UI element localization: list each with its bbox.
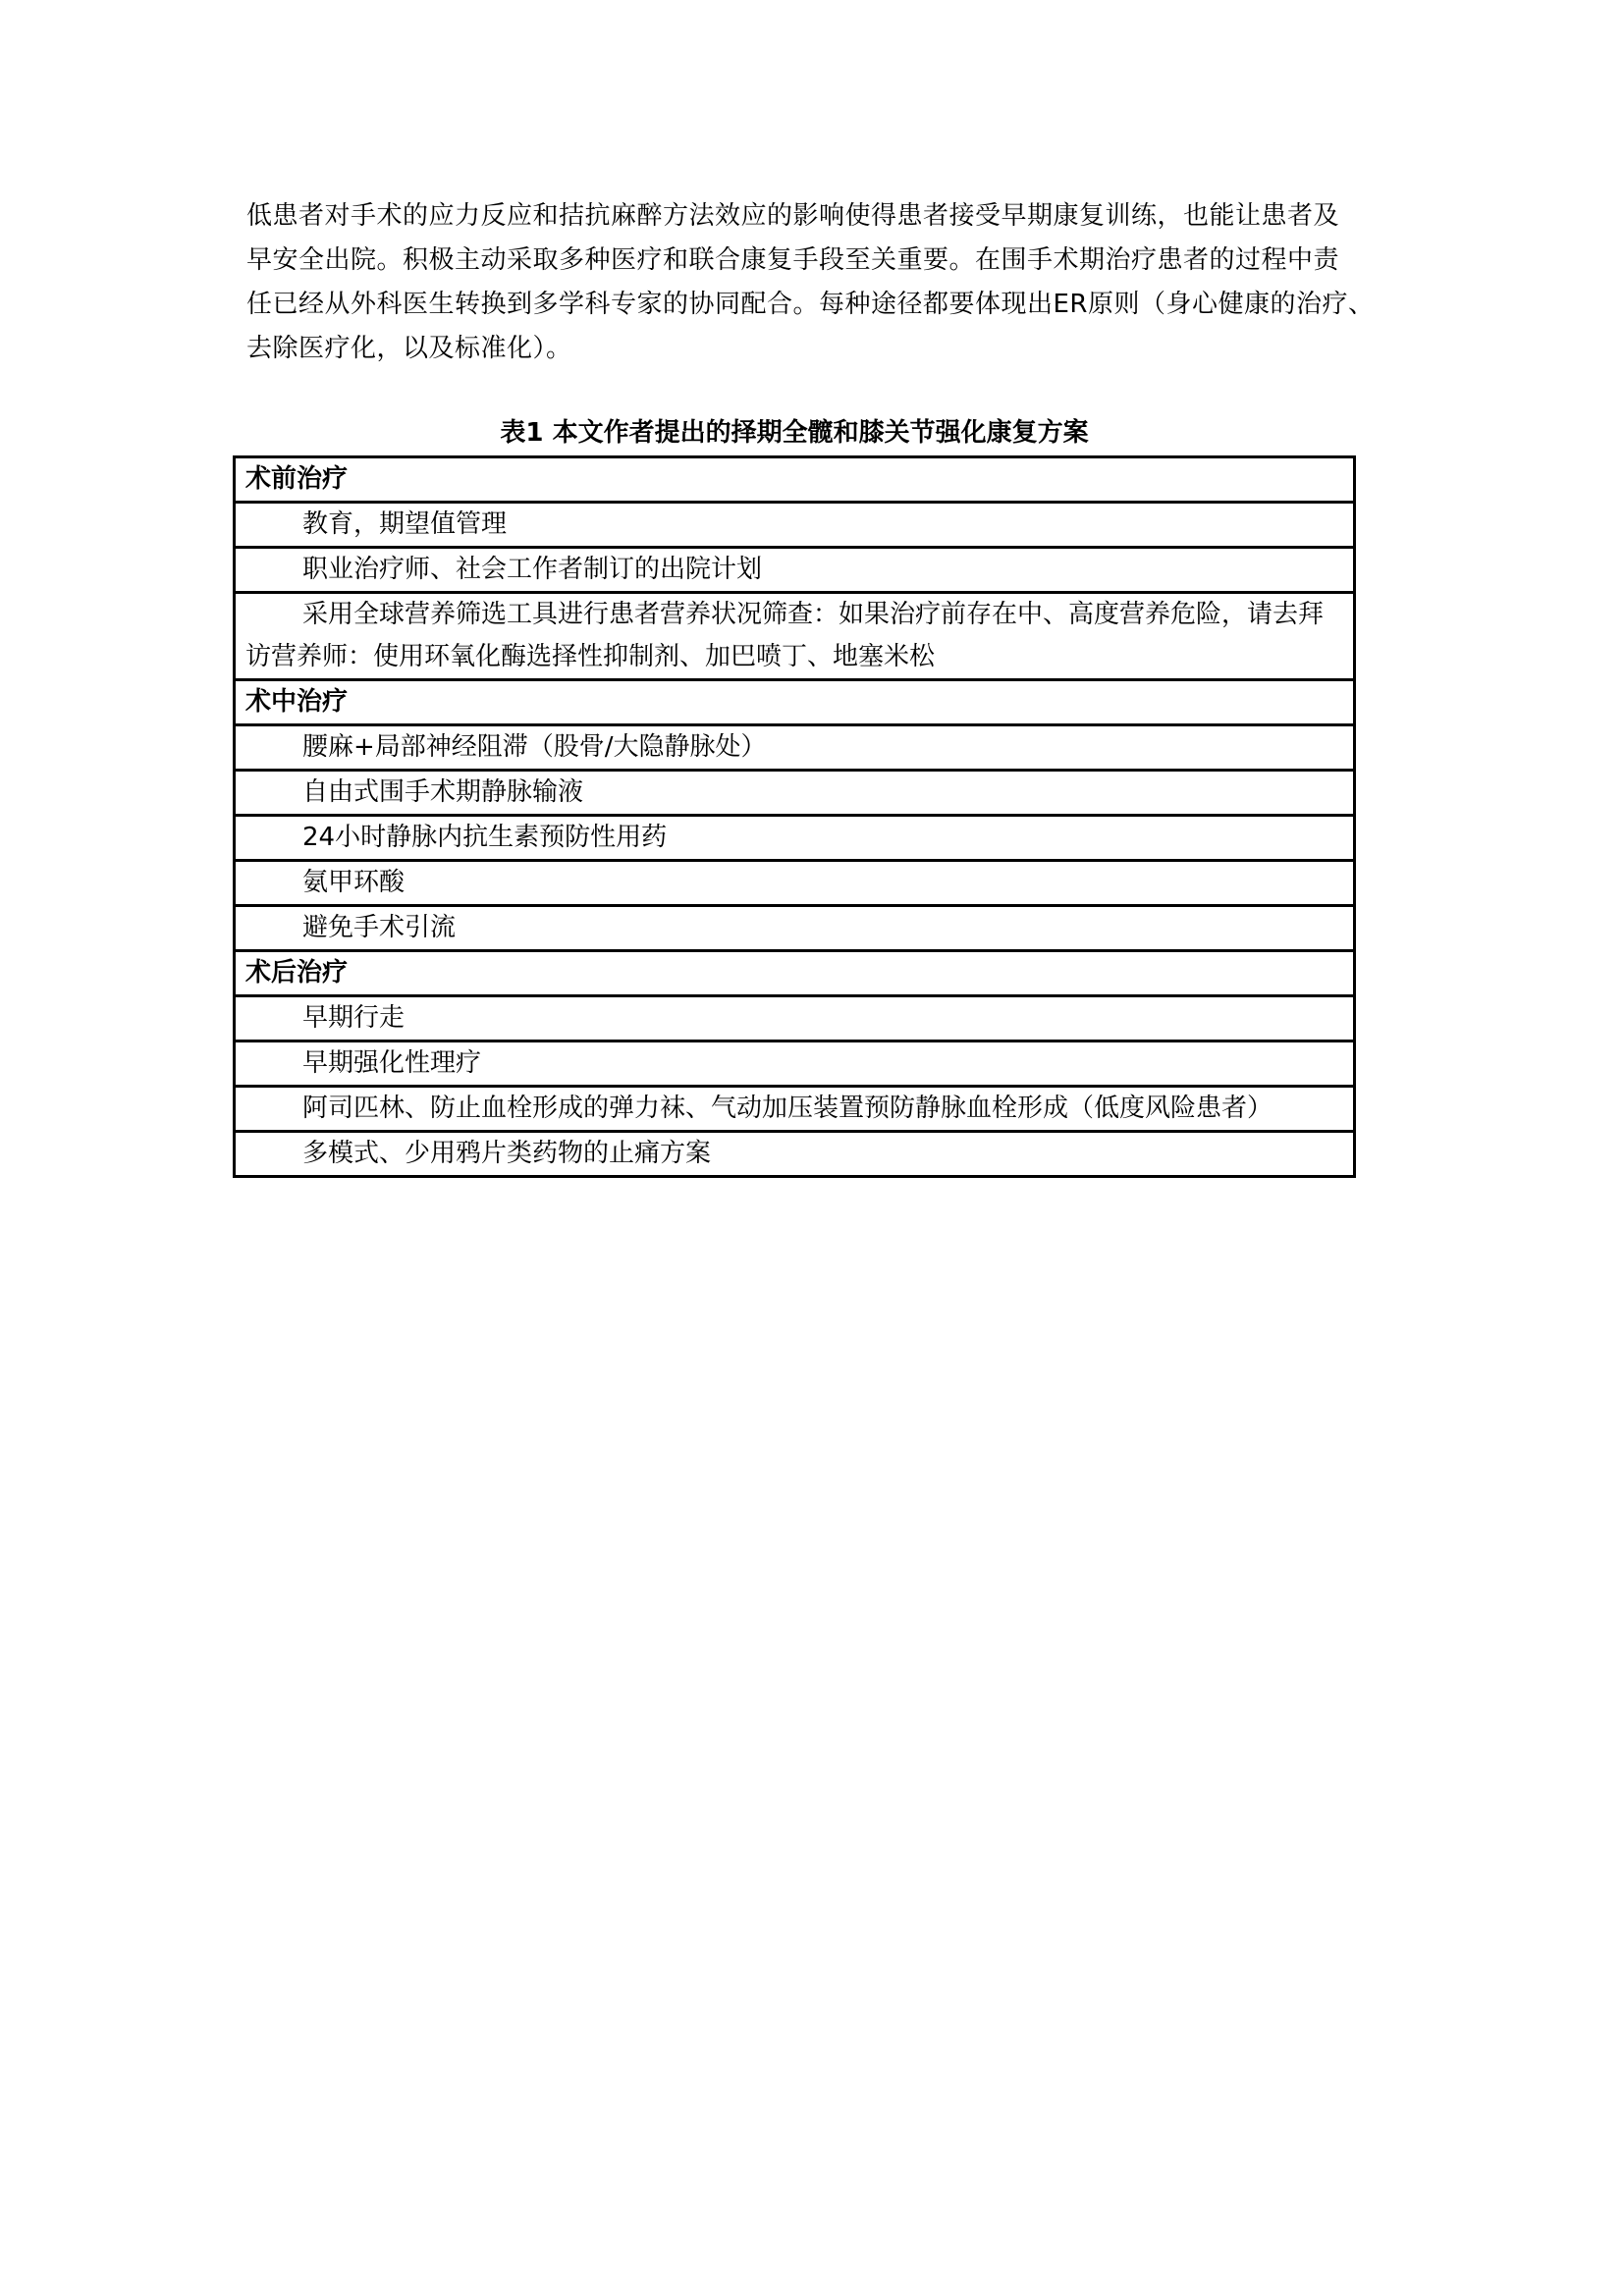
table-row: 阿司匹林、防止血栓形成的弹力袜、气动加压装置预防静脉血栓形成（低度风险患者） (235, 1087, 1355, 1132)
table-row: 多模式、少用鸦片类药物的止痛方案 (235, 1132, 1355, 1177)
table-row: 职业治疗师、社会工作者制订的出院计划 (235, 548, 1355, 593)
table-row: 采用全球营养筛选工具进行患者营养状况筛查：如果治疗前存在中、高度营养危险，请去拜… (235, 593, 1355, 680)
table-cell: 阿司匹林、防止血栓形成的弹力袜、气动加压装置预防静脉血栓形成（低度风险患者） (235, 1087, 1355, 1132)
table-cell: 腰麻+局部神经阻滞（股骨/大隐静脉处） (235, 725, 1355, 771)
table-cell: 氨甲环酸 (235, 861, 1355, 906)
table-cell: 采用全球营养筛选工具进行患者营养状况筛查：如果治疗前存在中、高度营养危险，请去拜… (235, 593, 1355, 680)
table-row: 避免手术引流 (235, 906, 1355, 951)
section-header-postop: 术后治疗 (235, 951, 1355, 996)
table-cell: 24小时静脉内抗生素预防性用药 (235, 816, 1355, 861)
paragraph-line: 低患者对手术的应力反应和拮抗麻醉方法效应的影响使得患者接受早期康复训练，也能让患… (246, 194, 1385, 239)
table-row: 教育，期望值管理 (235, 503, 1355, 548)
rehab-protocol-table: 术前治疗 教育，期望值管理 职业治疗师、社会工作者制订的出院计划 采用全球营养筛… (233, 455, 1356, 1178)
section-header-preop: 术前治疗 (235, 457, 1355, 503)
table-row: 24小时静脉内抗生素预防性用药 (235, 816, 1355, 861)
table-cell: 早期行走 (235, 996, 1355, 1041)
table-cell: 多模式、少用鸦片类药物的止痛方案 (235, 1132, 1355, 1177)
table-cell: 避免手术引流 (235, 906, 1355, 951)
table-row: 早期行走 (235, 996, 1355, 1041)
table-row: 自由式围手术期静脉输液 (235, 771, 1355, 816)
table-cell: 教育，期望值管理 (235, 503, 1355, 548)
table-row: 早期强化性理疗 (235, 1041, 1355, 1087)
paragraph-line: 去除医疗化，以及标准化）。 (246, 327, 1385, 371)
section-row: 术后治疗 (235, 951, 1355, 996)
table-cell: 自由式围手术期静脉输液 (235, 771, 1355, 816)
body-paragraph: 低患者对手术的应力反应和拮抗麻醉方法效应的影响使得患者接受早期康复训练，也能让患… (246, 194, 1385, 371)
table-row: 腰麻+局部神经阻滞（股骨/大隐静脉处） (235, 725, 1355, 771)
section-row: 术前治疗 (235, 457, 1355, 503)
table-row: 氨甲环酸 (235, 861, 1355, 906)
section-row: 术中治疗 (235, 680, 1355, 725)
section-header-intraop: 术中治疗 (235, 680, 1355, 725)
table-cell: 职业治疗师、社会工作者制订的出院计划 (235, 548, 1355, 593)
paragraph-line: 早安全出院。积极主动采取多种医疗和联合康复手段至关重要。在围手术期治疗患者的过程… (246, 239, 1385, 283)
table-caption: 表1 本文作者提出的择期全髋和膝关节强化康复方案 (233, 415, 1356, 451)
paragraph-line: 任已经从外科医生转换到多学科专家的协同配合。每种途径都要体现出ER原则（身心健康… (246, 283, 1385, 327)
table-cell: 早期强化性理疗 (235, 1041, 1355, 1087)
